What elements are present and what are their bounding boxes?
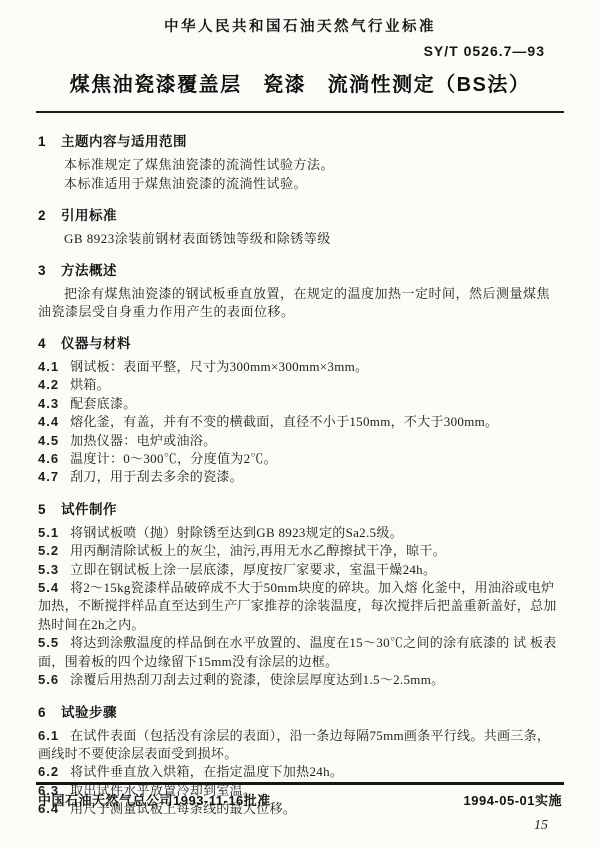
clause-number: 6.2 xyxy=(38,764,59,779)
clause: 5.5将达到涂敷温度的样品倒在水平放置的、温度在15～30℃之间的涂有底漆的 试… xyxy=(38,634,560,671)
paragraph: 把涂有煤焦油瓷漆的钢试板垂直放置，在规定的温度加热一定时间，然后测量煤焦油瓷漆层… xyxy=(38,285,560,321)
document-body: 1主题内容与适用范围 本标准规定了煤焦油瓷漆的流淌性试验方法。 本标准适用于煤焦… xyxy=(0,113,600,819)
section-heading-text: 主题内容与适用范围 xyxy=(61,134,187,149)
section-heading: 1主题内容与适用范围 xyxy=(38,130,560,150)
section-method-overview: 3方法概述 把涂有煤焦油瓷漆的钢试板垂直放置，在规定的温度加热一定时间，然后测量… xyxy=(38,259,560,321)
document-page: 中华人民共和国石油天然气行业标准 SY/T 0526.7—93 煤焦油瓷漆覆盖层… xyxy=(0,0,600,848)
clause: 4.7刮刀，用于刮去多余的瓷漆。 xyxy=(38,468,560,486)
clause: 5.4将2～15kg瓷漆样品破碎成不大于50mm块度的碎块。加入熔 化釜中，用油… xyxy=(38,579,560,634)
clause-number: 4.5 xyxy=(38,433,59,448)
clause: 4.3配套底漆。 xyxy=(38,395,560,413)
clause: 4.2烘箱。 xyxy=(38,376,560,394)
section-heading: 6试验步骤 xyxy=(38,701,560,721)
page-number: 15 xyxy=(36,818,564,834)
clause: 6.2将试件垂直放入烘箱，在指定温度下加热24h。 xyxy=(38,763,560,781)
footer-approval: 中国石油天然气总公司1993-11-16批准 xyxy=(36,790,271,809)
clause: 6.1在试件表面（包括没有涂层的表面），沿一条边每隔75mm画条平行线。共画三条… xyxy=(38,727,560,764)
clause-text: 用丙酮清除试板上的灰尘，油污,再用无水乙醇擦拭干净，晾干。 xyxy=(70,543,446,558)
section-references: 2引用标准 GB 8923涂装前钢材表面锈蚀等级和除锈等级 xyxy=(38,204,560,248)
clause-text: 加热仪器：电炉或油浴。 xyxy=(70,433,216,448)
section-scope: 1主题内容与适用范围 本标准规定了煤焦油瓷漆的流淌性试验方法。 本标准适用于煤焦… xyxy=(38,130,560,193)
clause-text: 将达到涂敷温度的样品倒在水平放置的、温度在15～30℃之间的涂有底漆的 试 板表… xyxy=(38,635,557,668)
clause-text: 钢试板：表面平整，尺寸为300mm×300mm×3mm。 xyxy=(70,359,368,374)
clause-number: 4.7 xyxy=(38,469,59,484)
clause-text: 立即在钢试板上涂一层底漆，厚度按厂家要求，室温干燥24h。 xyxy=(70,562,436,577)
clause-number: 4.1 xyxy=(38,359,59,374)
standard-header: 中华人民共和国石油天然气行业标准 xyxy=(0,0,600,36)
section-heading-text: 仪器与材料 xyxy=(61,336,131,351)
clause: 5.3立即在钢试板上涂一层底漆，厚度按厂家要求，室温干燥24h。 xyxy=(38,561,560,579)
section-number: 5 xyxy=(38,502,46,517)
clause-text: 涂覆后用热刮刀刮去过剩的瓷漆，使涂层厚度达到1.5～2.5mm。 xyxy=(70,672,444,687)
clause-text: 将2～15kg瓷漆样品破碎成不大于50mm块度的碎块。加入熔 化釜中，用油浴或电… xyxy=(38,580,557,632)
section-number: 2 xyxy=(38,208,46,223)
section-number: 3 xyxy=(38,263,46,278)
paragraph: 本标准规定了煤焦油瓷漆的流淌性试验方法。 xyxy=(38,156,560,174)
paragraph: 本标准适用于煤焦油瓷漆的流淌性试验。 xyxy=(38,175,560,193)
section-number: 4 xyxy=(38,336,46,351)
clause: 5.6涂覆后用热刮刀刮去过剩的瓷漆，使涂层厚度达到1.5～2.5mm。 xyxy=(38,671,560,689)
section-heading: 2引用标准 xyxy=(38,204,560,224)
standard-number: SY/T 0526.7—93 xyxy=(0,43,600,59)
clause-text: 在试件表面（包括没有涂层的表面），沿一条边每隔75mm画条平行线。共画三条，画线… xyxy=(38,728,550,761)
clause-text: 温度计：0～300℃，分度值为2℃。 xyxy=(70,451,277,466)
footer-row: 中国石油天然气总公司1993-11-16批准 1994-05-01实施 xyxy=(36,790,564,809)
clause-text: 配套底漆。 xyxy=(70,396,137,411)
section-heading: 3方法概述 xyxy=(38,259,560,279)
clause-number: 4.2 xyxy=(38,377,59,392)
clause-text: 刮刀，用于刮去多余的瓷漆。 xyxy=(70,469,243,484)
clause-number: 6.1 xyxy=(38,728,59,743)
section-heading: 4仪器与材料 xyxy=(38,332,560,352)
section-heading-text: 试验步骤 xyxy=(61,705,117,720)
clause-number: 4.6 xyxy=(38,451,59,466)
clause-number: 5.4 xyxy=(38,580,59,595)
document-title: 煤焦油瓷漆覆盖层 瓷漆 流淌性测定（BS法） xyxy=(0,68,600,97)
clause: 4.5加热仪器：电炉或油浴。 xyxy=(38,432,560,450)
clause-number: 5.5 xyxy=(38,635,59,650)
clause-number: 5.2 xyxy=(38,543,59,558)
section-specimen-preparation: 5试件制作 5.1将钢试板喷（抛）射除锈至达到GB 8923规定的Sa2.5级。… xyxy=(38,498,560,690)
clause: 4.1钢试板：表面平整，尺寸为300mm×300mm×3mm。 xyxy=(38,358,560,376)
clause-number: 4.4 xyxy=(38,414,59,429)
section-heading: 5试件制作 xyxy=(38,498,560,518)
section-heading-text: 试件制作 xyxy=(61,502,117,517)
clause-number: 5.1 xyxy=(38,525,59,540)
clause: 4.6温度计：0～300℃，分度值为2℃。 xyxy=(38,450,560,468)
footer-implementation-date: 1994-05-01实施 xyxy=(464,790,565,809)
clause: 4.4熔化釜，有盖，并有不变的横截面，直径不小于150mm，不大于300mm。 xyxy=(38,413,560,431)
paragraph: GB 8923涂装前钢材表面锈蚀等级和除锈等级 xyxy=(38,230,560,248)
clause-number: 5.6 xyxy=(38,672,59,687)
clause-number: 5.3 xyxy=(38,562,59,577)
clause-text: 熔化釜，有盖，并有不变的横截面，直径不小于150mm，不大于300mm。 xyxy=(70,414,498,429)
section-heading-text: 引用标准 xyxy=(61,208,117,223)
section-heading-text: 方法概述 xyxy=(61,263,117,278)
clause-text: 烘箱。 xyxy=(70,377,110,392)
clause-text: 将钢试板喷（抛）射除锈至达到GB 8923规定的Sa2.5级。 xyxy=(70,525,403,540)
section-number: 1 xyxy=(38,134,46,149)
clause: 5.1将钢试板喷（抛）射除锈至达到GB 8923规定的Sa2.5级。 xyxy=(38,524,560,542)
section-apparatus: 4仪器与材料 4.1钢试板：表面平整，尺寸为300mm×300mm×3mm。 4… xyxy=(38,332,560,487)
clause-text: 将试件垂直放入烘箱，在指定温度下加热24h。 xyxy=(70,764,343,779)
clause-number: 4.3 xyxy=(38,396,59,411)
page-footer: 中国石油天然气总公司1993-11-16批准 1994-05-01实施 15 xyxy=(36,782,564,834)
clause: 5.2用丙酮清除试板上的灰尘，油污,再用无水乙醇擦拭干净，晾干。 xyxy=(38,542,560,560)
section-number: 6 xyxy=(38,705,46,720)
footer-divider xyxy=(36,782,564,785)
